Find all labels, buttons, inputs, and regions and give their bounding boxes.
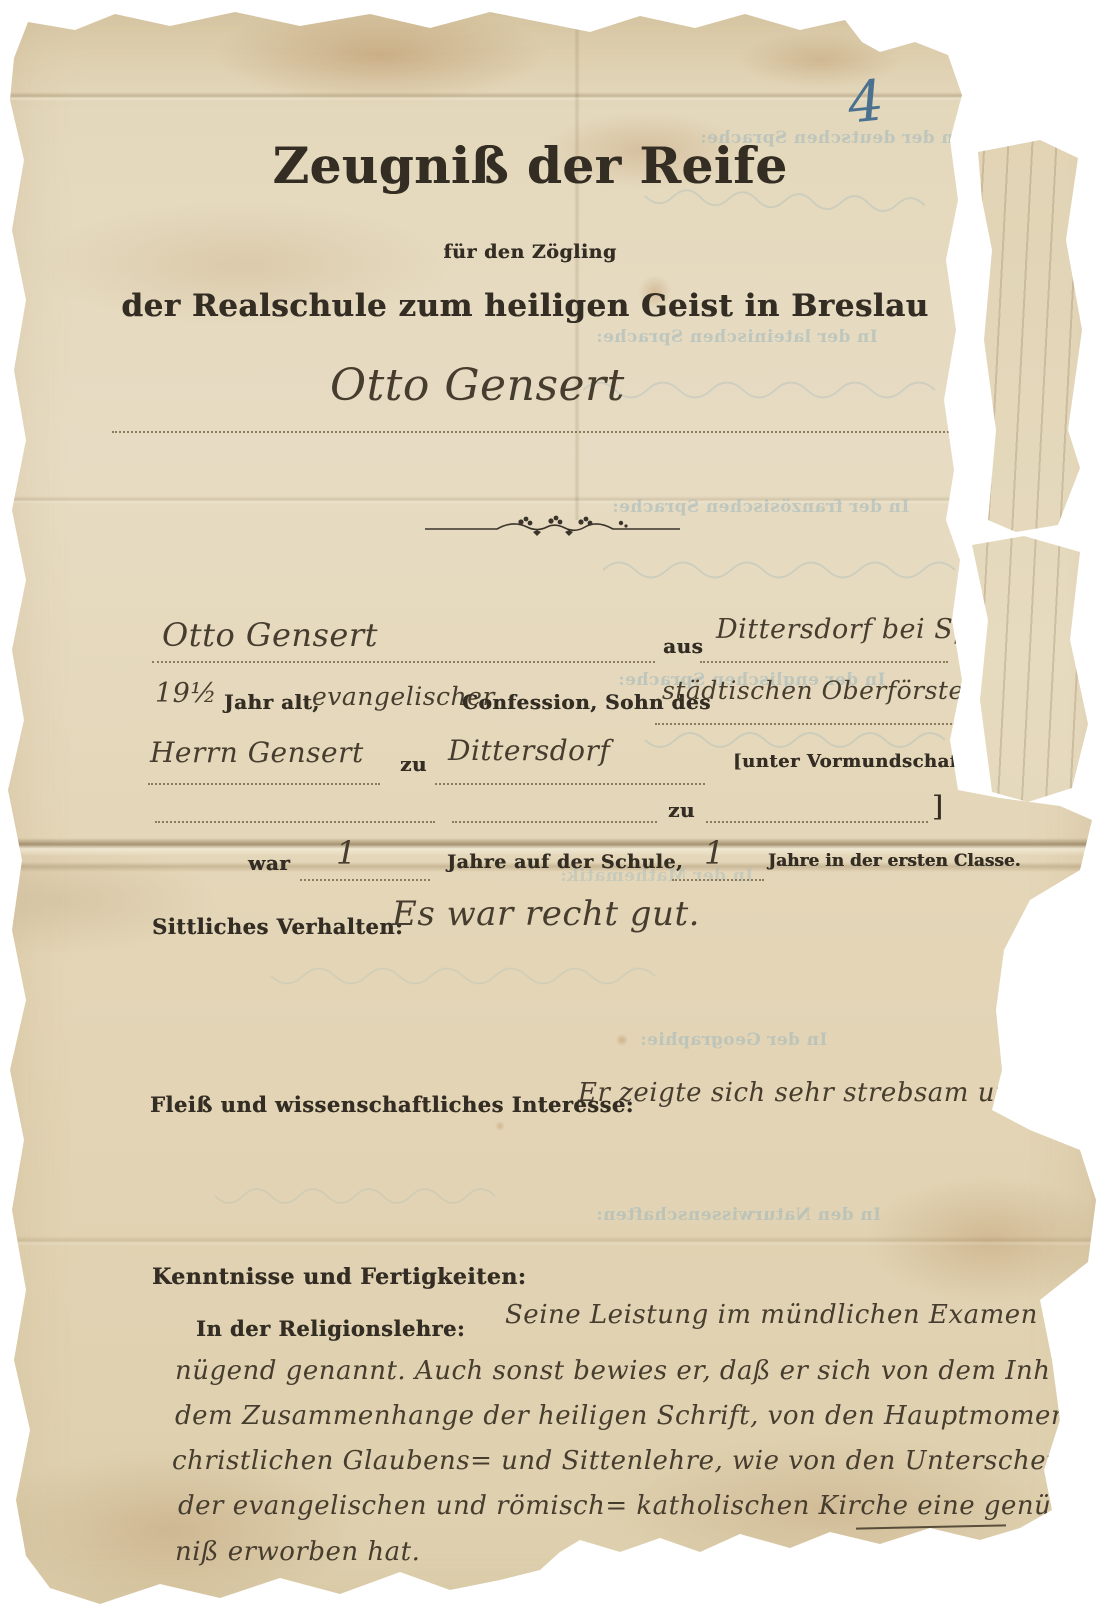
fold-crease <box>0 1236 1100 1246</box>
school-name-line: der Realschule zum heiligen Geist in Bre… <box>75 288 975 324</box>
diligence-value: Er zeigte sich sehr strebsam und betrieb <box>578 1078 1100 1108</box>
certificate-paper: In der deutschen Sprache: In der lateini… <box>0 0 1100 1614</box>
conduct-label: Sittliches Verhalten: <box>152 914 403 939</box>
class-years-label: Jahre in der ersten Classe. <box>768 851 1021 871</box>
school-years-field: 1 <box>336 834 357 872</box>
student-name-display: Otto Gensert <box>330 360 625 411</box>
religion-label: In der Religionslehre: <box>196 1316 465 1341</box>
school-years-label: Jahre auf der Schule, <box>447 851 683 873</box>
religion-text-line: dem Zusammenhange der heiligen Schrift, … <box>175 1401 1079 1431</box>
field-underline <box>672 878 764 881</box>
handwritten-underline <box>856 1524 1006 1529</box>
zu-label: zu <box>668 798 695 822</box>
document-scan: In der deutschen Sprache: In der lateini… <box>0 0 1100 1614</box>
father-name-field: Herrn Gensert <box>150 736 364 769</box>
knowledge-heading: Kenntnisse und Fertigkeiten: <box>152 1264 526 1290</box>
father-residence-field: Dittersdorf <box>448 734 610 767</box>
blank-field-line <box>706 820 928 823</box>
ink-bleedthrough-script <box>590 722 950 752</box>
conduct-value: Es war recht gut. <box>392 894 700 934</box>
name-underline <box>112 430 1017 433</box>
ornament-divider <box>425 514 680 540</box>
religion-text-line: nügend genannt. Auch sonst bewies er, da… <box>175 1356 1051 1386</box>
field-underline <box>300 878 430 881</box>
religion-text-line: christlichen Glaubens= und Sittenlehre, … <box>172 1446 1100 1476</box>
ink-bleedthrough-script <box>560 552 960 582</box>
ink-bleedthrough-script <box>240 958 660 988</box>
bleedthrough-label: In der lateinischen Sprache: <box>596 327 878 347</box>
bleedthrough-label: In der Geographie: <box>640 1030 827 1050</box>
religion-text-line: Seine Leistung im mündlichen Examen wurd… <box>505 1300 1100 1330</box>
field-underline <box>148 782 380 785</box>
ink-bleedthrough-script <box>200 1178 500 1208</box>
bleedthrough-label: In den Naturwissenschaften: <box>596 1205 881 1225</box>
class-years-field: 1 <box>704 834 725 872</box>
field-underline <box>700 660 948 663</box>
field-underline <box>435 782 705 785</box>
closing-bracket: ] <box>932 790 943 823</box>
guardianship-label: [unter Vormundschaft des <box>733 751 1009 772</box>
zu-label: zu <box>400 752 427 776</box>
fold-crease <box>0 496 1100 504</box>
ink-speck <box>688 1596 697 1602</box>
aus-label: aus <box>663 634 703 658</box>
age-label: Jahr alt, <box>224 690 320 714</box>
page-number-annotation: 4 <box>845 68 887 136</box>
student-name-field: Otto Gensert <box>162 616 378 654</box>
religion-text-line: niß erworben hat. <box>175 1537 420 1567</box>
father-occupation-field: städtischen Oberförsters <box>662 676 990 705</box>
certificate-title: Zeugniß der Reife <box>150 136 910 195</box>
diligence-label: Fleiß und wissenschaftliches Interesse: <box>150 1092 634 1117</box>
age-field: 19½ <box>155 678 217 709</box>
field-underline <box>655 722 955 725</box>
field-underline <box>152 660 655 663</box>
blank-field-line <box>452 820 657 823</box>
religion-text-line: der evangelischen und römisch= katholisc… <box>178 1491 1100 1521</box>
certificate-subtitle: für den Zögling <box>150 241 910 263</box>
blank-field-line <box>155 820 435 823</box>
fold-crease <box>0 92 1100 101</box>
war-label: war <box>248 851 290 875</box>
